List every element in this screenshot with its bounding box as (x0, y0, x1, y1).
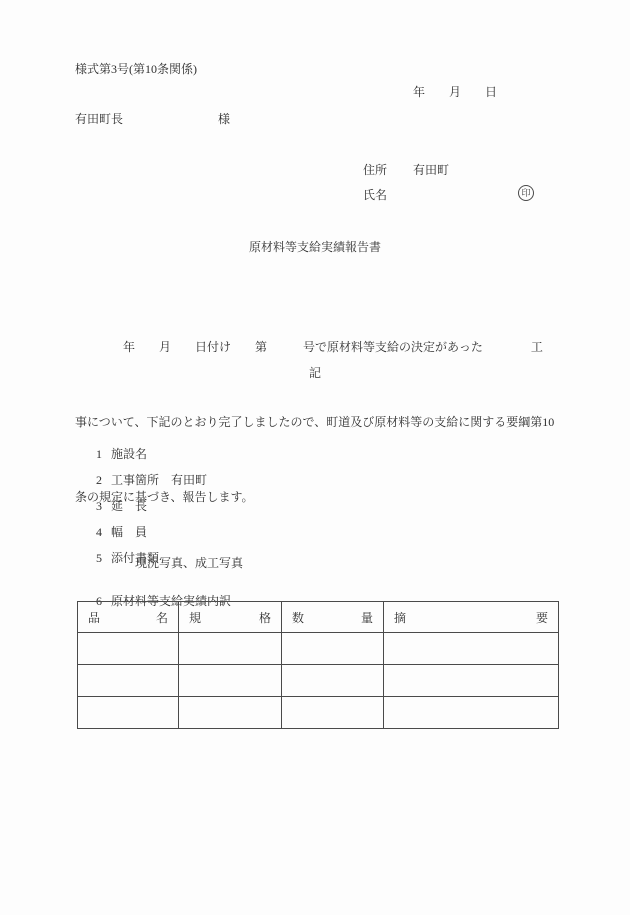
table-cell (282, 697, 384, 729)
table-row (78, 633, 559, 665)
table-row (78, 665, 559, 697)
header-char-right: 要 (536, 609, 548, 626)
address-value: 有田町 (413, 162, 449, 178)
name-label: 氏名 (363, 187, 387, 203)
header-char-left: 摘 (394, 609, 406, 626)
table-header-row: 品 名 規 格 数 量 摘 要 (78, 602, 559, 633)
document-title: 原材料等支給実績報告書 (0, 239, 630, 255)
table-cell (179, 697, 282, 729)
materials-table: 品 名 規 格 数 量 摘 要 (77, 601, 559, 729)
report-form-page: 様式第3号(第10条関係) 年 月 日 有田町長 様 住所 有田町 氏名 印 原… (0, 0, 630, 915)
table-cell (282, 633, 384, 665)
header-char-left: 品 (88, 609, 100, 626)
date-line: 年 月 日 (413, 84, 497, 100)
table-cell (179, 633, 282, 665)
table-cell (282, 665, 384, 697)
recipient-name: 有田町長 (75, 111, 123, 127)
body-paragraph: 年 月 日付け 第 号で原材料等支給の決定があった 工 事について、下記のとおり… (75, 285, 559, 560)
table-cell (384, 665, 559, 697)
attachment-note: 現況写真、成工写真 (135, 555, 243, 571)
table-cell (78, 633, 179, 665)
table-cell (78, 697, 179, 729)
header-char-left: 規 (189, 609, 201, 626)
table-row (78, 697, 559, 729)
record-marker: 記 (0, 365, 630, 381)
recipient-honorific: 様 (218, 111, 230, 127)
table-header-cell: 品 名 (78, 602, 179, 633)
body-line: 年 月 日付け 第 号で原材料等支給の決定があった 工 (75, 335, 559, 360)
table-cell (384, 697, 559, 729)
list-item-number: 5 (96, 550, 102, 566)
table-header-cell: 数 量 (282, 602, 384, 633)
header-char-left: 数 (292, 609, 304, 626)
table-header-cell: 摘 要 (384, 602, 559, 633)
header-char-right: 量 (361, 609, 373, 626)
body-line: 事について、下記のとおり完了しましたので、町道及び原材料等の支給に関する要綱第1… (75, 410, 559, 435)
table-cell (384, 633, 559, 665)
table-cell (78, 665, 179, 697)
form-number-label: 様式第3号(第10条関係) (75, 61, 197, 77)
table-header-cell: 規 格 (179, 602, 282, 633)
header-char-right: 名 (156, 609, 168, 626)
table-cell (179, 665, 282, 697)
address-label: 住所 (363, 162, 387, 178)
seal-icon: 印 (518, 185, 534, 201)
header-char-right: 格 (259, 609, 271, 626)
